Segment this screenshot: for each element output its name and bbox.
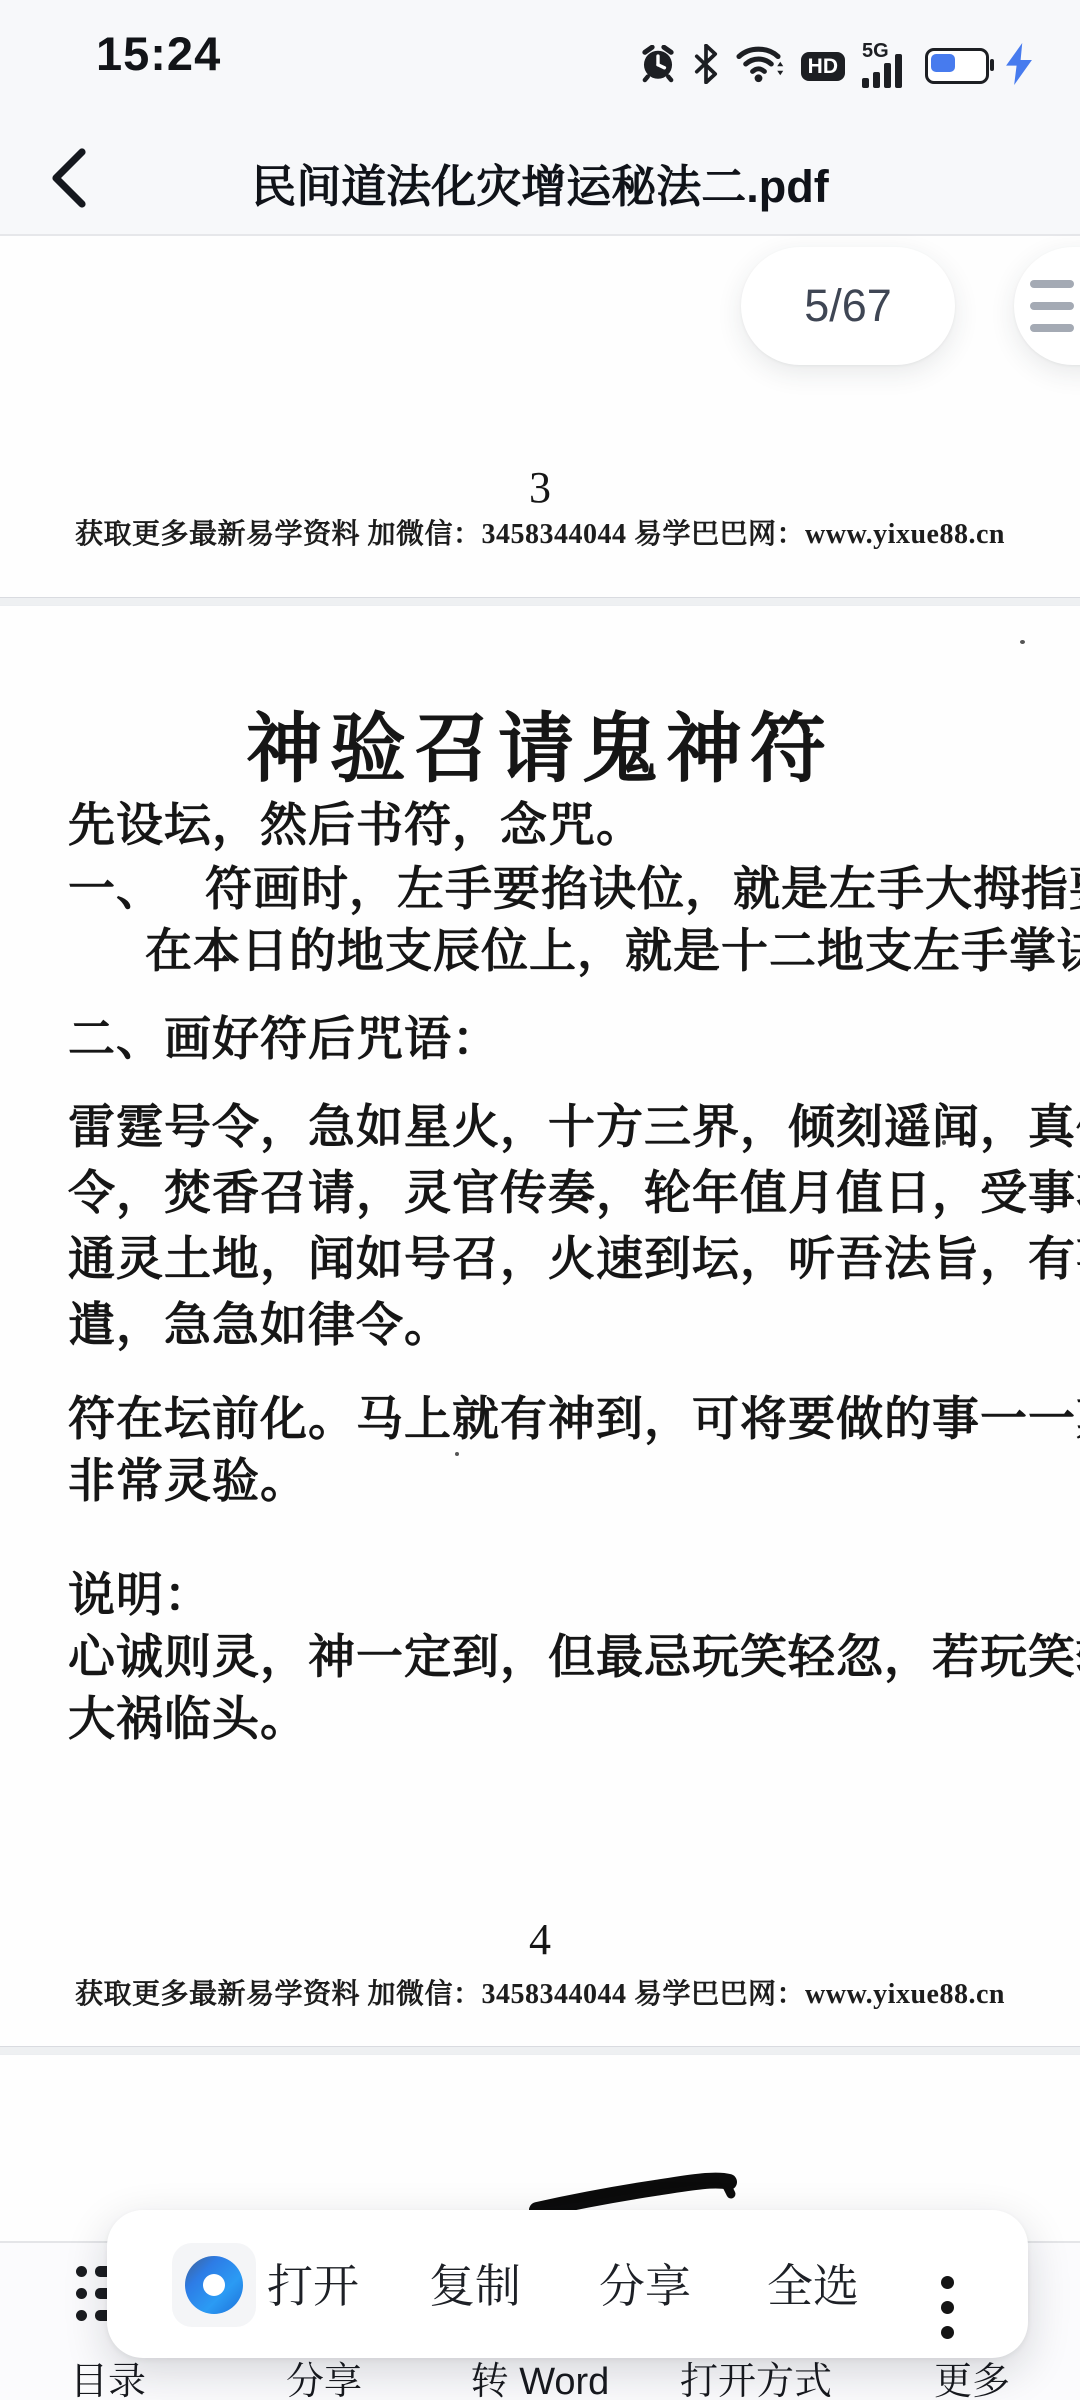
alarm-icon (640, 45, 676, 88)
nav-label: 目录 (70, 2361, 146, 2400)
mantra-line: 遣，急急如律令。 (68, 1298, 452, 1354)
signal-5g-icon: 5G (862, 44, 908, 88)
browser-app-icon (185, 2256, 243, 2314)
nav-label: 分享 (286, 2361, 362, 2400)
result-line1: 符在坛前化。马上就有神到，可将要做的事一一禀告， (68, 1392, 1080, 1448)
copy-button[interactable]: 复制 (429, 2258, 521, 2314)
page4-intro: 先设坛，然后书符，念咒。 (68, 798, 644, 854)
scan-speck (942, 1140, 946, 1145)
note-label: 说明： (68, 1568, 212, 1624)
battery-level-fill (931, 54, 955, 72)
wifi-icon (736, 44, 784, 89)
page-indicator-pill[interactable]: 5/67 (741, 247, 955, 365)
mantra-line: 令，焚香召请，灵官传奏，轮年值月值日，受事功曹， (68, 1166, 1080, 1222)
page4-heading: 神验召请鬼神符 (0, 688, 1080, 797)
note-line1: 心诚则灵，神一定到，但最忌玩笑轻忽，若玩笑轻忽， (68, 1630, 1080, 1686)
list-item1-line2: 在本日的地支辰位上，就是十二地支左手掌诀位。 (145, 924, 1080, 980)
page4-number: 4 (0, 1914, 1080, 1965)
network-type-label: 5G (862, 41, 889, 61)
charging-bolt-icon (1006, 43, 1032, 90)
result-line2: 非常灵验。 (68, 1454, 308, 1510)
app-icon-chip[interactable] (172, 2243, 256, 2327)
page-separator (0, 597, 1080, 606)
page-separator (0, 2046, 1080, 2055)
scan-speck (455, 1452, 459, 1456)
nav-label: 打开方式 (680, 2361, 832, 2400)
note-line2: 大祸临头。 (68, 1692, 308, 1748)
bluetooth-icon (693, 44, 719, 89)
list-item2: 二、画好符后咒语： (68, 1012, 500, 1068)
mantra-line: 通灵土地，闻如号召，火速到坛，听吾法旨，有事差 (68, 1232, 1080, 1288)
scan-speck (1020, 640, 1025, 644)
more-options-kebab-icon[interactable] (932, 2252, 962, 2362)
open-button[interactable]: 打开 (267, 2258, 359, 2314)
share-button[interactable]: 分享 (599, 2258, 691, 2314)
mantra-line: 雷霆号令，急如星火，十方三界，倾刻遥闻，真佛敕 (68, 1100, 1080, 1156)
page3-number: 3 (0, 462, 1080, 513)
list-item1-marker: 一、 (68, 862, 164, 918)
screen: 15:24 (0, 0, 1080, 2400)
page-indicator-text: 5/67 (804, 280, 892, 332)
nav-label: 更多 (934, 2361, 1010, 2400)
status-icons: HD 5G (640, 40, 1032, 92)
select-all-button[interactable]: 全选 (767, 2258, 859, 2314)
page3-footer: 获取更多最新易学资料 加微信：3458344044 易学巴巴网：www.yixu… (0, 512, 1080, 552)
status-time: 15:24 (96, 26, 221, 81)
hd-badge: HD (801, 52, 845, 81)
page4-footer: 获取更多最新易学资料 加微信：3458344044 易学巴巴网：www.yixu… (0, 1972, 1080, 2012)
document-title: 民间道法化灾增运秘法二.pdf (0, 150, 1080, 215)
nav-label: 转 Word (471, 2361, 610, 2400)
battery-cap (990, 59, 994, 71)
battery-icon (925, 48, 989, 84)
list-item1-line1: 符画时，左手要掐诀位，就是左手大拇指要按 (205, 862, 1080, 918)
